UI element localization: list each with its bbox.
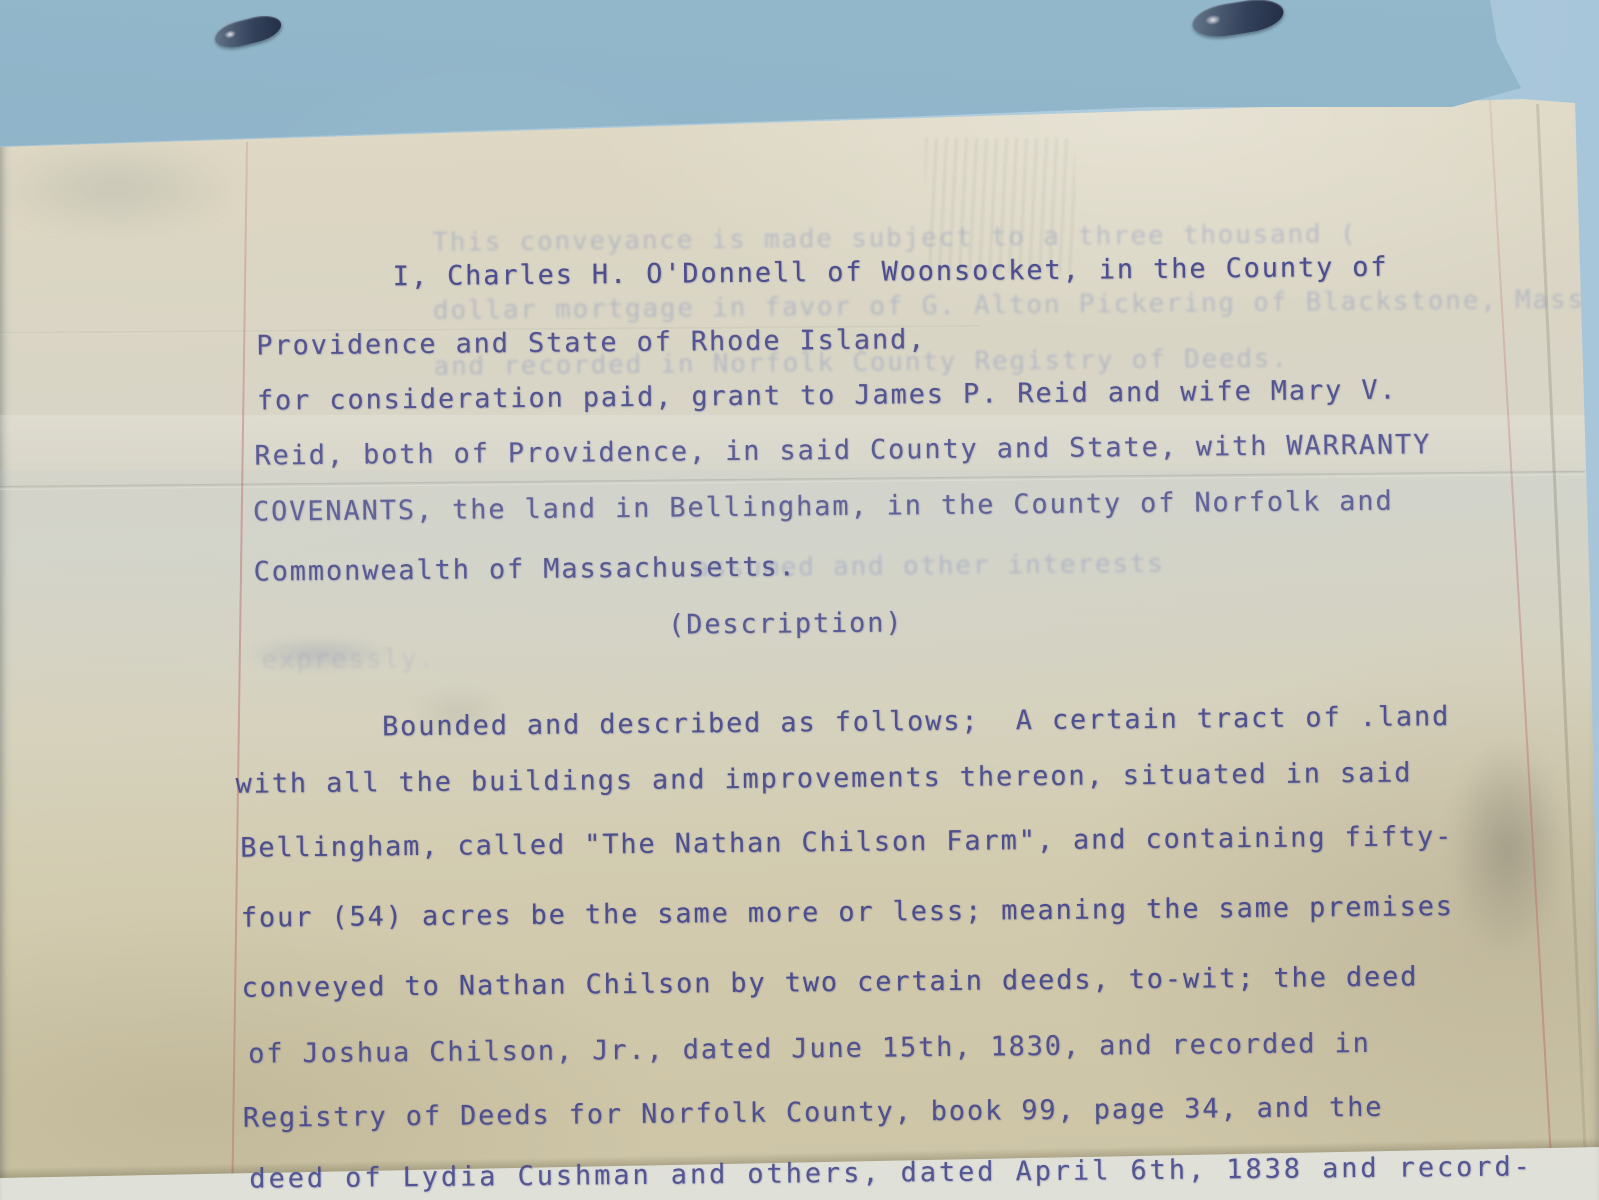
- scratch-streak-stain: [925, 138, 1075, 273]
- brad-highlight: [1204, 14, 1222, 26]
- brad-highlight: [223, 29, 237, 39]
- soft-blot-stain: [408, 684, 508, 739]
- gray-blotch-stain: [1448, 740, 1568, 955]
- upper-fold-crease: [0, 325, 980, 335]
- paper-corner-shading: [0, 140, 230, 235]
- paper-cool-band: [0, 470, 1599, 720]
- ink-bleed-smear: [248, 638, 388, 670]
- right-brad-fastener: [1190, 0, 1286, 41]
- right-vertical-crease: [1536, 104, 1587, 1163]
- deed-paper-sheet: [0, 0, 1599, 1200]
- left-brad-fastener: [212, 11, 284, 52]
- paper-light-band: [0, 415, 1599, 485]
- middle-fold-crease: [0, 471, 1585, 490]
- right-red-margin-line: [1489, 100, 1554, 1198]
- left-red-margin-line: [231, 142, 248, 1200]
- photo-stage: This conveyance is made subject to a thr…: [0, 0, 1599, 1200]
